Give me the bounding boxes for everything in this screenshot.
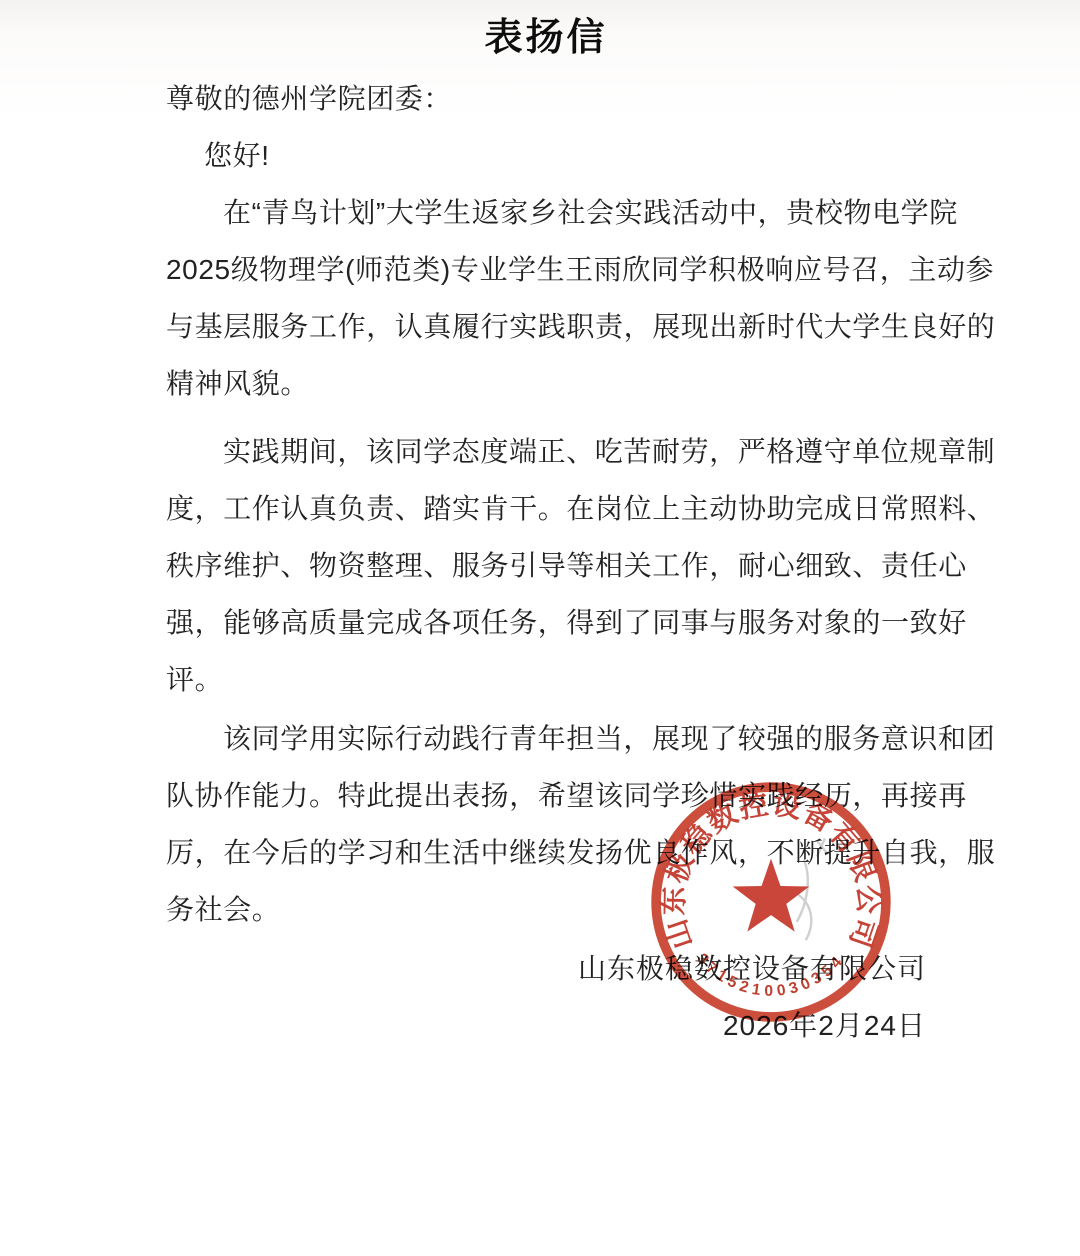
signature-date: 2026年2月24日: [166, 997, 926, 1054]
body-line: 厉，在今后的学习和生活中继续发扬优良作风，不断提升自我，服: [166, 824, 926, 881]
body-line: 秩序维护、物资整理、服务引导等相关工作，耐心细致、责任心: [166, 537, 926, 594]
paragraph-2: 实践期间，该同学态度端正、吃苦耐劳，严格遵守单位规章制 度，工作认真负责、踏实肯…: [166, 423, 926, 708]
signature-company: 山东极稳数控设备有限公司: [166, 940, 926, 997]
page-title: 表扬信: [166, 12, 926, 64]
commendation-letter-page: 表扬信 尊敬的德州学院团委： 您好! 在“青鸟计划”大学生返家乡社会实践活动中，…: [0, 0, 1080, 1256]
body-line: 在“青鸟计划”大学生返家乡社会实践活动中，贵校物电学院: [166, 184, 926, 241]
letter-body: 表扬信 尊敬的德州学院团委： 您好! 在“青鸟计划”大学生返家乡社会实践活动中，…: [166, 12, 926, 1054]
paragraph-3: 该同学用实际行动践行青年担当，展现了较强的服务意识和团 队协作能力。特此提出表扬…: [166, 710, 926, 938]
body-line: 评。: [166, 651, 926, 708]
body-line: 与基层服务工作，认真履行实践职责，展现出新时代大学生良好的: [166, 298, 926, 355]
body-line: 队协作能力。特此提出表扬，希望该同学珍惜实践经历，再接再: [166, 767, 926, 824]
body-line: 该同学用实际行动践行青年担当，展现了较强的服务意识和团: [166, 710, 926, 767]
body-line: 精神风貌。: [166, 355, 926, 412]
body-line: 实践期间，该同学态度端正、吃苦耐劳，严格遵守单位规章制: [166, 423, 926, 480]
body-line: 度，工作认真负责、踏实肯干。在岗位上主动协助完成日常照料、: [166, 480, 926, 537]
body-line: 强，能够高质量完成各项任务，得到了同事与服务对象的一致好: [166, 594, 926, 651]
body-line: 2025级物理学(师范类)专业学生王雨欣同学积极响应号召，主动参: [166, 241, 926, 298]
signature-block: 山东极稳数控设备有限公司 2026年2月24日: [166, 940, 926, 1054]
paragraph-1: 在“青鸟计划”大学生返家乡社会实践活动中，贵校物电学院 2025级物理学(师范类…: [166, 184, 926, 412]
salutation: 尊敬的德州学院团委：: [166, 70, 926, 127]
body-line: 务社会。: [166, 881, 926, 938]
greeting: 您好!: [166, 127, 926, 184]
